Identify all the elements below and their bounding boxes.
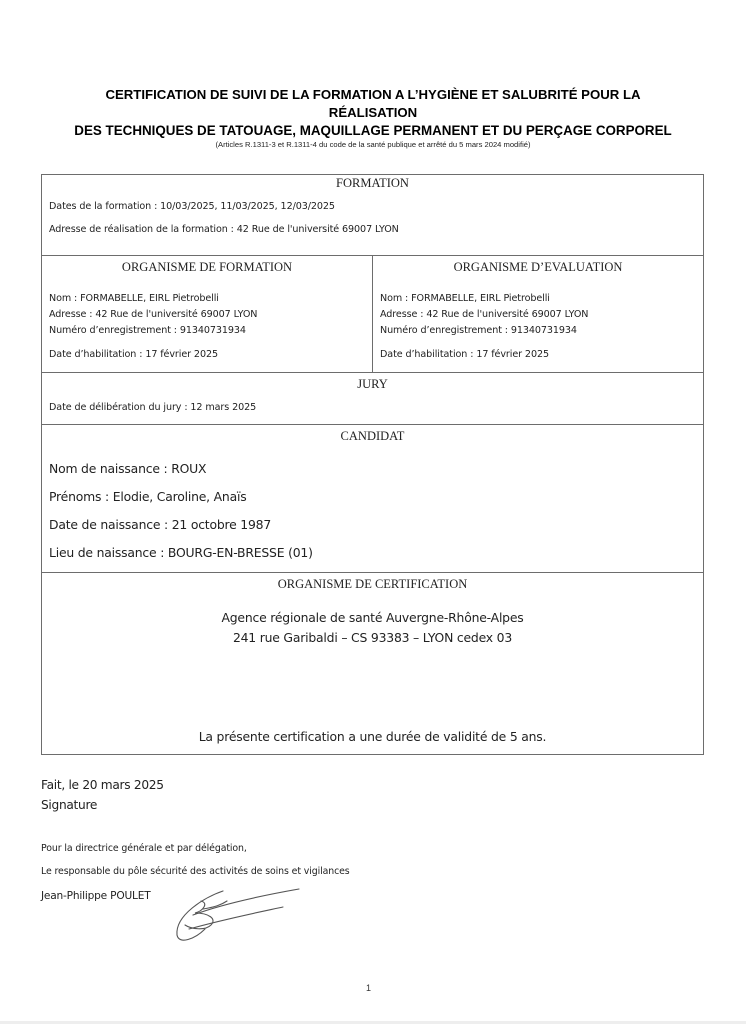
section-heading-organisme-evaluation: ORGANISME D’EVALUATION (373, 260, 703, 275)
of-numero: Numéro d’enregistrement : 91340731934 (49, 325, 246, 336)
document-title-line-3: DES TECHNIQUES DE TATOUAGE, MAQUILLAGE P… (20, 122, 726, 139)
signatory-role: Le responsable du pôle sécurité des acti… (41, 866, 350, 877)
candidat-nom: Nom de naissance : ROUX (49, 461, 206, 476)
candidat-lieu-naissance: Lieu de naissance : BOURG-EN-BRESSE (01) (49, 545, 313, 560)
divider (42, 424, 703, 425)
oe-numero: Numéro d’enregistrement : 91340731934 (380, 325, 577, 336)
signatory-name: Jean-Philippe POULET (41, 890, 151, 902)
legal-references: (Articles R.1311-3 et R.1311-4 du code d… (20, 140, 726, 149)
section-heading-candidat: CANDIDAT (42, 429, 703, 444)
formation-dates: Dates de la formation : 10/03/2025, 11/0… (49, 201, 335, 212)
section-heading-jury: JURY (42, 377, 703, 392)
issue-date: Fait, le 20 mars 2025 (41, 778, 164, 792)
page-number: 1 (366, 983, 371, 993)
certification-organisme-address: 241 rue Garibaldi – CS 93383 – LYON cede… (42, 630, 703, 645)
document-title-line-1: CERTIFICATION DE SUIVI DE LA FORMATION A… (20, 86, 726, 103)
oe-adresse: Adresse : 42 Rue de l'université 69007 L… (380, 309, 588, 320)
section-heading-organisme-formation: ORGANISME DE FORMATION (42, 260, 372, 275)
handwritten-signature (165, 885, 305, 945)
oe-habilitation: Date d’habilitation : 17 février 2025 (380, 349, 549, 360)
candidat-prenoms: Prénoms : Elodie, Caroline, Anaïs (49, 489, 246, 504)
certification-validity: La présente certification a une durée de… (42, 729, 703, 744)
jury-deliberation-date: Date de délibération du jury : 12 mars 2… (49, 402, 256, 413)
section-heading-organisme-certification: ORGANISME DE CERTIFICATION (42, 577, 703, 592)
of-nom: Nom : FORMABELLE, EIRL Pietrobelli (49, 293, 219, 304)
certification-organisme-name: Agence régionale de santé Auvergne-Rhône… (42, 610, 703, 625)
divider (42, 572, 703, 573)
delegation-text: Pour la directrice générale et par délég… (41, 843, 247, 854)
document-page: CERTIFICATION DE SUIVI DE LA FORMATION A… (0, 0, 746, 1021)
certificate-table: FORMATION Dates de la formation : 10/03/… (41, 174, 704, 755)
of-adresse: Adresse : 42 Rue de l'université 69007 L… (49, 309, 257, 320)
signature-label: Signature (41, 798, 97, 812)
section-heading-formation: FORMATION (42, 176, 703, 191)
document-title-line-2: RÉALISATION (20, 104, 726, 121)
formation-address: Adresse de réalisation de la formation :… (49, 224, 399, 235)
divider (42, 372, 703, 373)
oe-nom: Nom : FORMABELLE, EIRL Pietrobelli (380, 293, 550, 304)
candidat-date-naissance: Date de naissance : 21 octobre 1987 (49, 517, 271, 532)
of-habilitation: Date d’habilitation : 17 février 2025 (49, 349, 218, 360)
